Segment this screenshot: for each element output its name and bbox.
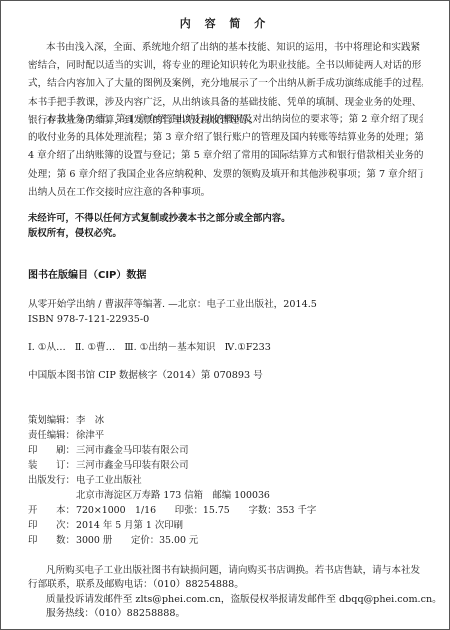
pub-label: 责任编辑： xyxy=(28,429,76,443)
pub-label: 开 本： xyxy=(28,504,76,518)
pub-label: 印 数： xyxy=(28,534,76,548)
text-line: 本书手把手教课，涉及内容广泛，从出纳该具备的基础技能、凭单的填制、现金业务的处理… xyxy=(28,94,423,112)
pub-row-print-run: 印 数：3000 册 定价：35.00 元 xyxy=(28,534,198,548)
pub-value: 三河市鑫金马印装有限公司 xyxy=(76,445,189,456)
pub-value: 2014 年 5 月第 1 次印刷 xyxy=(76,520,183,531)
cip-book-line: 从零开始学出纳 / 曹淑萍等编著. —北京：电子工业出版社，2014.5 xyxy=(28,298,317,312)
text-line: 密结合，同时配以适当的实训，将专业的理论知识转化为职业技能。全书以师徒两人对话的… xyxy=(28,57,423,75)
pub-label: 策划编辑： xyxy=(28,414,76,428)
text-line: 本书共分 7 章。第 1 章介绍了出纳行业的概况及对出纳岗位的要求等；第 2 章… xyxy=(28,111,423,129)
cip-classification: Ⅰ. ①从… Ⅱ. ①曹… Ⅲ. ①出纳－基本知识 Ⅳ.①F233 xyxy=(28,341,271,355)
pub-value: 北京市海淀区万寿路 173 信箱 邮编 100036 xyxy=(76,490,270,501)
text-line: 本书由浅入深，全面、系统地介绍了出纳的基本技能、知识的运用，书中将理论和实践紧 xyxy=(28,39,423,57)
pub-value: 3000 册 定价：35.00 元 xyxy=(76,535,198,546)
cip-heading: 图书在版编目（CIP）数据 xyxy=(28,269,146,283)
intro-paragraph-2: 本书共分 7 章。第 1 章介绍了出纳行业的概况及对出纳岗位的要求等；第 2 章… xyxy=(28,111,423,202)
pub-row-planning-editor: 策划编辑：李 冰 xyxy=(28,414,104,428)
pub-value: 李 冰 xyxy=(76,415,104,426)
text-line: 处理；第 6 章介绍了我国企业各应纳税种、发票的领购及填开和其他涉税事项；第 7… xyxy=(28,166,423,184)
notice-line-1: 凡所购买电子工业出版社图书有缺损问题，请向购买书店调换。若书店售缺，请与本社发 xyxy=(46,564,420,578)
pub-row-printer: 印 刷：三河市鑫金马印装有限公司 xyxy=(28,444,189,458)
pub-row-address: 北京市海淀区万寿路 173 信箱 邮编 100036 xyxy=(28,489,270,503)
text-line: 的收付业务的具体处理流程；第 3 章介绍了银行账户的管理及国内转账等结算业务的处… xyxy=(28,129,423,147)
notice-line-2: 行部联系，联系及邮购电话：（010）88254888。 xyxy=(28,578,244,592)
isbn: ISBN 978-7-121-22935-0 xyxy=(28,313,149,327)
pub-value: 720×1000 1/16 印张：15.75 字数：353 千字 xyxy=(76,505,316,516)
text-line: 式，结合内容加入了大量的图例及案例，充分地展示了一个出纳从新手成功演练成能手的过… xyxy=(28,75,423,93)
text-line: 4 章介绍了出纳账簿的设置与登记；第 5 章介绍了常用的国际结算方式和银行借款相… xyxy=(28,147,423,165)
copyright-notice: 未经许可，不得以任何方式复制或抄袭本书之部分或全部内容。 xyxy=(28,212,291,226)
notice-line-3: 质量投诉请发邮件至 zlts@phei.com.cn，盗版侵权举报请发邮件至 d… xyxy=(46,593,442,607)
pub-value: 电子工业出版社 xyxy=(76,475,142,486)
service-hotline: 服务热线：（010）88258888。 xyxy=(46,607,185,621)
pub-row-edition: 印 次：2014 年 5 月第 1 次印刷 xyxy=(28,519,183,533)
page-title: 内 容 简 介 xyxy=(1,15,449,31)
pub-label: 印 次： xyxy=(28,519,76,533)
pub-label: 出版发行： xyxy=(28,474,76,488)
pub-row-responsible-editor: 责任编辑：徐津平 xyxy=(28,429,104,443)
pub-value: 三河市鑫金马印装有限公司 xyxy=(76,460,189,471)
pub-label: 装 订： xyxy=(28,459,76,473)
pub-row-publisher: 出版发行：电子工业出版社 xyxy=(28,474,142,488)
pub-row-binder: 装 订：三河市鑫金马印装有限公司 xyxy=(28,459,189,473)
pub-row-format: 开 本：720×1000 1/16 印张：15.75 字数：353 千字 xyxy=(28,504,316,518)
text-line: 出纳人员在工作交接时应注意的各种事项。 xyxy=(28,184,423,202)
library-record: 中国版本图书馆 CIP 数据核字（2014）第 070893 号 xyxy=(28,369,263,383)
pub-value: 徐津平 xyxy=(76,430,104,441)
copyright-page: 内 容 简 介 本书由浅入深，全面、系统地介绍了出纳的基本技能、知识的运用，书中… xyxy=(0,0,450,630)
rights-reserved: 版权所有，侵权必究。 xyxy=(28,227,122,241)
pub-label: 印 刷： xyxy=(28,444,76,458)
